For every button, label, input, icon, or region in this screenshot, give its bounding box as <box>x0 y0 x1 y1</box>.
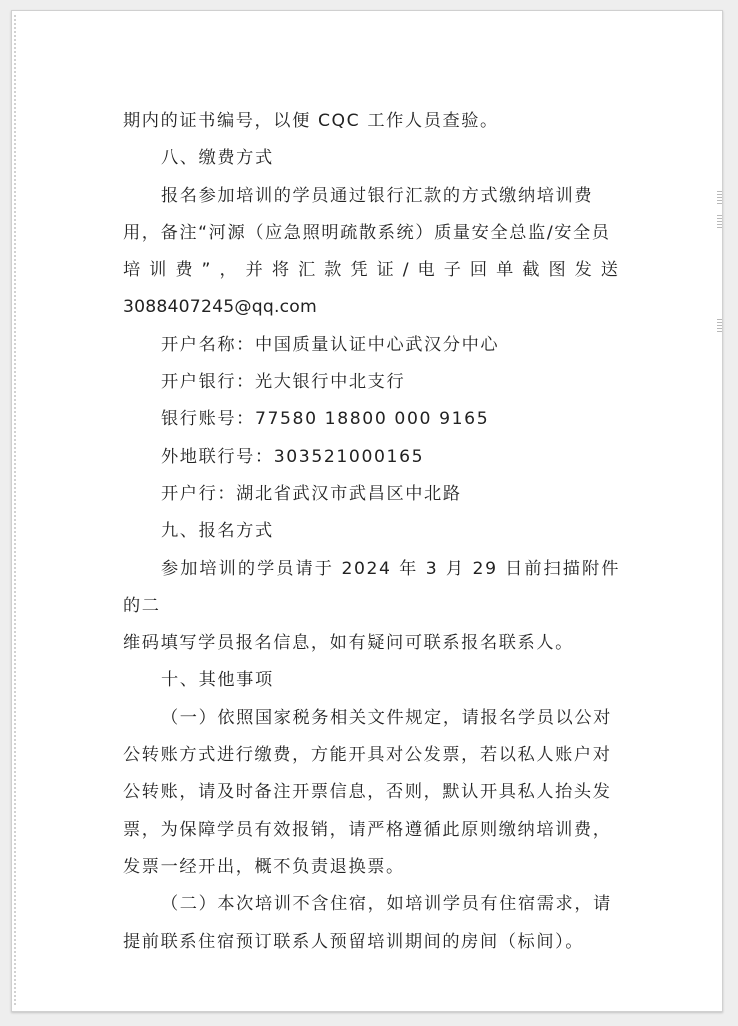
interbank-number-line: 外地联行号：303521000165 <box>123 439 620 476</box>
paragraph-payment-line: 培训费”，并将汇款凭证/电子回单截图发送 <box>123 252 620 289</box>
paragraph-registration-line: 参加培训的学员请于 2024 年 3 月 29 日前扫描附件的二 <box>123 551 620 626</box>
section-heading-payment: 八、缴费方式 <box>123 140 620 177</box>
bank-address-line: 开户行：湖北省武汉市武昌区中北路 <box>123 476 620 513</box>
account-number-line: 银行账号：77580 18800 000 9165 <box>123 401 620 438</box>
section-heading-registration: 九、报名方式 <box>123 513 620 550</box>
paragraph-registration-line: 维码填写学员报名信息，如有疑问可联系报名联系人。 <box>123 625 620 662</box>
account-name-line: 开户名称：中国质量认证中心武汉分中心 <box>123 327 620 364</box>
bleed-through-marks <box>714 191 722 341</box>
item-2-line: （二）本次培训不含住宿，如培训学员有住宿需求，请 <box>123 886 620 923</box>
item-1-line: 公转账，请及时备注开票信息，否则，默认开具私人抬头发 <box>123 774 620 811</box>
item-1-line: 票，为保障学员有效报销，请严格遵循此原则缴纳培训费， <box>123 812 620 849</box>
account-bank-line: 开户银行：光大银行中北支行 <box>123 364 620 401</box>
paragraph-payment-line: 报名参加培训的学员通过银行汇款的方式缴纳培训费 <box>123 178 620 215</box>
item-1-line: 发票一经开出，概不负责退换票。 <box>123 849 620 886</box>
document-page: 期内的证书编号，以便 CQC 工作人员查验。 八、缴费方式 报名参加培训的学员通… <box>11 10 723 1012</box>
email-address: 3088407245@qq.com <box>123 289 620 326</box>
section-heading-other: 十、其他事项 <box>123 662 620 699</box>
document-body: 期内的证书编号，以便 CQC 工作人员查验。 八、缴费方式 报名参加培训的学员通… <box>123 103 620 961</box>
paragraph-cert-number-tail: 期内的证书编号，以便 CQC 工作人员查验。 <box>123 103 620 140</box>
binding-edge-marks <box>14 15 16 1005</box>
item-1-line: （一）依照国家税务相关文件规定，请报名学员以公对 <box>123 700 620 737</box>
paragraph-payment-line: 用，备注“河源（应急照明疏散系统）质量安全总监/安全员 <box>123 215 620 252</box>
item-2-line: 提前联系住宿预订联系人预留培训期间的房间（标间）。 <box>123 924 620 961</box>
item-1-line: 公转账方式进行缴费，方能开具对公发票，若以私人账户对 <box>123 737 620 774</box>
